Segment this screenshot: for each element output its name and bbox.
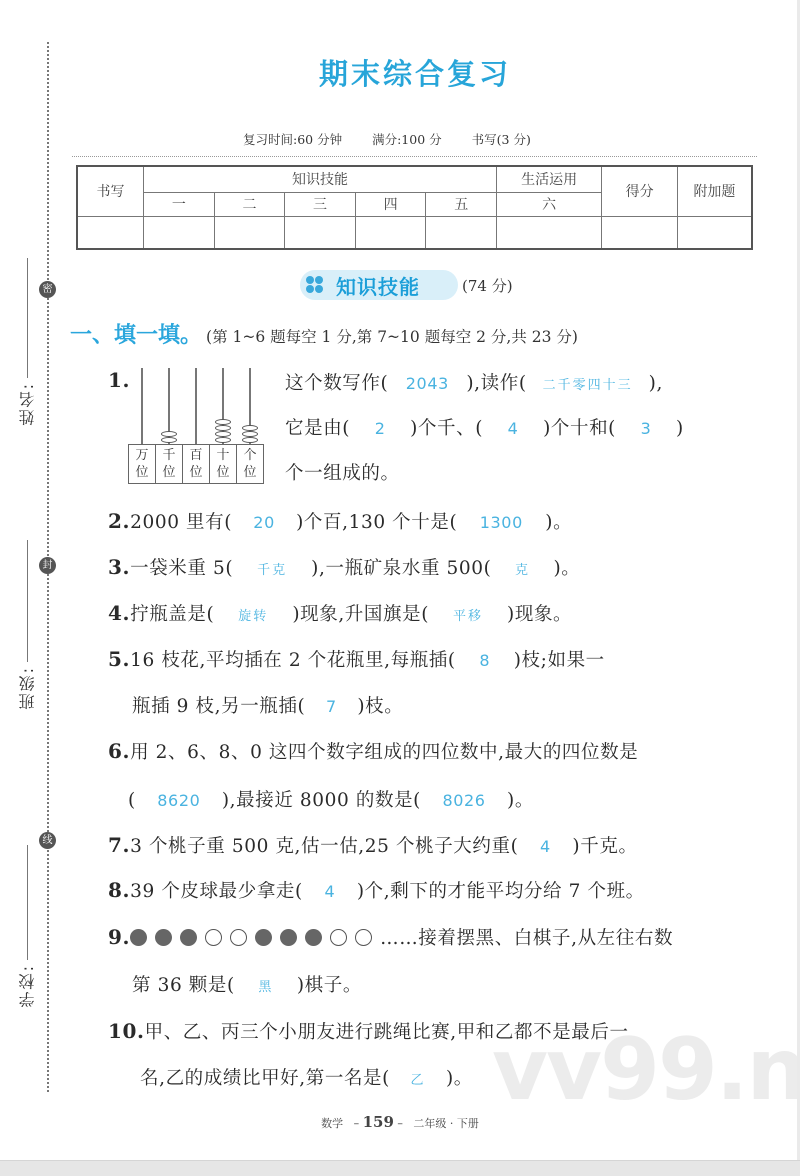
answer-blank[interactable]: 8026 xyxy=(421,791,507,810)
answer-blank[interactable]: 4 xyxy=(483,419,543,438)
exam-full-score: 满分:100 分 xyxy=(372,130,442,148)
abacus-bead xyxy=(161,437,177,443)
answer-blank[interactable]: 3 xyxy=(616,419,676,438)
place-thousands: 千位 xyxy=(156,445,183,483)
name-label: 姓名: xyxy=(16,382,39,425)
question-4: 4.拧瓶盖是(旋转)现象,升国旗是(平移)现象。 xyxy=(108,600,572,626)
answer-blank[interactable]: 8 xyxy=(456,651,514,670)
black-stone-icon xyxy=(280,929,297,946)
question-5-line1: 5.16 枝花,平均插在 2 个花瓶里,每瓶插(8)枝;如果一 xyxy=(108,646,605,672)
exam-meta: 复习时间:60 分钟 满分:100 分 书写(3 分) xyxy=(243,130,531,148)
question-6-line2: (8620),最接近 8000 的数是(8026)。 xyxy=(128,786,534,812)
exam-time: 复习时间:60 分钟 xyxy=(243,130,342,148)
answer-blank[interactable]: 20 xyxy=(232,513,296,532)
section-score: (74 分) xyxy=(462,275,513,296)
score-cell-1[interactable] xyxy=(144,216,215,249)
answer-blank[interactable]: 克 xyxy=(491,559,553,578)
col-writing: 书写 xyxy=(77,166,144,216)
header-divider xyxy=(72,156,757,157)
score-table: 书写 知识技能 生活运用 得分 附加题 一 二 三 四 五 六 xyxy=(76,165,753,250)
group-knowledge: 知识技能 xyxy=(144,166,497,192)
name-underline[interactable] xyxy=(27,258,28,378)
score-cell-5[interactable] xyxy=(426,216,497,249)
answer-blank[interactable]: 4 xyxy=(303,882,357,901)
score-cell-total[interactable] xyxy=(602,216,678,249)
sub-col-3: 三 xyxy=(285,192,356,216)
question-8: 8.39 个皮球最少拿走(4)个,剩下的才能平均分给 7 个班。 xyxy=(108,877,645,903)
abacus-bead xyxy=(215,437,231,443)
col-bonus: 附加题 xyxy=(677,166,752,216)
white-stone-icon xyxy=(205,929,222,946)
question-7: 7.3 个桃子重 500 克,估一估,25 个桃子大约重(4)千克。 xyxy=(108,832,638,858)
black-stone-icon xyxy=(305,929,322,946)
part-note: (第 1~6 题每空 1 分,第 7~10 题每空 2 分,共 23 分) xyxy=(206,325,578,347)
answer-blank[interactable]: 8620 xyxy=(136,791,222,810)
white-stone-icon xyxy=(330,929,347,946)
abacus-bead xyxy=(242,437,258,443)
question-10-line2: 名,乙的成绩比甲好,第一名是(乙)。 xyxy=(140,1064,473,1090)
answer-blank[interactable]: 二千零四十三 xyxy=(527,374,649,393)
place-ones: 个位 xyxy=(237,445,263,483)
score-cell-4[interactable] xyxy=(355,216,426,249)
part-title: 一、填一填。 xyxy=(70,318,202,349)
answer-blank[interactable]: 7 xyxy=(305,697,357,716)
sub-col-2: 二 xyxy=(214,192,285,216)
answer-blank[interactable]: 平移 xyxy=(429,605,507,624)
col-score: 得分 xyxy=(602,166,678,216)
footer-subject: 数学 xyxy=(321,1117,343,1130)
go-stone-sequence xyxy=(130,928,380,949)
abacus-rod xyxy=(141,368,143,444)
school-label: 学校: xyxy=(16,964,39,1007)
school-field[interactable]: 学校: xyxy=(4,845,50,1007)
question-number: 1. xyxy=(108,368,130,392)
page-title: 期末综合复习 xyxy=(0,52,800,93)
q1-line2: 它是由(2)个千、(4)个十和(3) xyxy=(285,414,684,440)
question-10-line1: 10.甲、乙、丙三个小朋友进行跳绳比赛,甲和乙都不是最后一 xyxy=(108,1018,629,1044)
clover-icon xyxy=(306,276,324,294)
viewer-bottom-bar xyxy=(0,1160,800,1176)
answer-blank[interactable]: 4 xyxy=(518,837,572,856)
question-3: 3.一袋米重 5(千克),一瓶矿泉水重 500(克)。 xyxy=(108,554,580,580)
class-field[interactable]: 班级: xyxy=(4,540,50,709)
score-cell-6[interactable] xyxy=(497,216,602,249)
page-number: 159 xyxy=(363,1113,394,1131)
answer-blank[interactable]: 2043 xyxy=(388,374,466,393)
black-stone-icon xyxy=(255,929,272,946)
name-field[interactable]: 姓名: xyxy=(4,258,50,425)
place-ten-thousands: 万位 xyxy=(129,445,156,483)
answer-blank[interactable]: 旋转 xyxy=(214,605,292,624)
question-2: 2.2000 里有(20)个百,130 个十是(1300)。 xyxy=(108,508,572,534)
q1-line1: 这个数写作(2043),读作(二千零四十三), xyxy=(285,369,663,395)
section-heading: 知识技能 xyxy=(300,270,458,300)
score-cell-2[interactable] xyxy=(214,216,285,249)
q1-line3: 个一组成的。 xyxy=(285,459,400,485)
exam-handwriting-score: 书写(3 分) xyxy=(472,130,531,148)
question-5-line2: 瓶插 9 枝,另一瓶插(7)枝。 xyxy=(132,692,403,718)
answer-blank[interactable]: 1300 xyxy=(457,513,545,532)
abacus-figure: 万位 千位 百位 十位 个位 xyxy=(128,368,264,486)
black-stone-icon xyxy=(130,929,147,946)
part-heading: 一、填一填。 (第 1~6 题每空 1 分,第 7~10 题每空 2 分,共 2… xyxy=(70,318,578,349)
abacus-place-labels: 万位 千位 百位 十位 个位 xyxy=(128,444,264,484)
place-hundreds: 百位 xyxy=(183,445,210,483)
page-footer: 数学 – 159 – 二年级 · 下册 xyxy=(0,1113,800,1131)
sub-col-4: 四 xyxy=(355,192,426,216)
question-9-line2: 第 36 颗是(黑)棋子。 xyxy=(132,971,362,997)
abacus-rod xyxy=(195,368,197,444)
white-stone-icon xyxy=(355,929,372,946)
question-9-line1: 9.……接着摆黑、白棋子,从左往右数 xyxy=(108,924,673,950)
sub-col-1: 一 xyxy=(144,192,215,216)
answer-blank[interactable]: 2 xyxy=(350,419,410,438)
place-tens: 十位 xyxy=(210,445,237,483)
score-cell-3[interactable] xyxy=(285,216,356,249)
school-underline[interactable] xyxy=(27,845,28,960)
answer-blank[interactable]: 黑 xyxy=(235,976,297,995)
class-underline[interactable] xyxy=(27,540,28,662)
black-stone-icon xyxy=(155,929,172,946)
group-life: 生活运用 xyxy=(497,166,602,192)
answer-blank[interactable]: 千克 xyxy=(233,559,311,578)
answer-blank[interactable]: 乙 xyxy=(390,1069,446,1088)
white-stone-icon xyxy=(230,929,247,946)
score-cell-writing[interactable] xyxy=(77,216,144,249)
score-cell-bonus[interactable] xyxy=(677,216,752,249)
class-label: 班级: xyxy=(16,666,39,709)
sub-col-6: 六 xyxy=(497,192,602,216)
question-6-line1: 6.用 2、6、8、0 这四个数字组成的四位数中,最大的四位数是 xyxy=(108,738,638,764)
black-stone-icon xyxy=(180,929,197,946)
section-title: 知识技能 xyxy=(336,271,420,300)
footer-grade: 二年级 · 下册 xyxy=(413,1117,479,1130)
sub-col-5: 五 xyxy=(426,192,497,216)
